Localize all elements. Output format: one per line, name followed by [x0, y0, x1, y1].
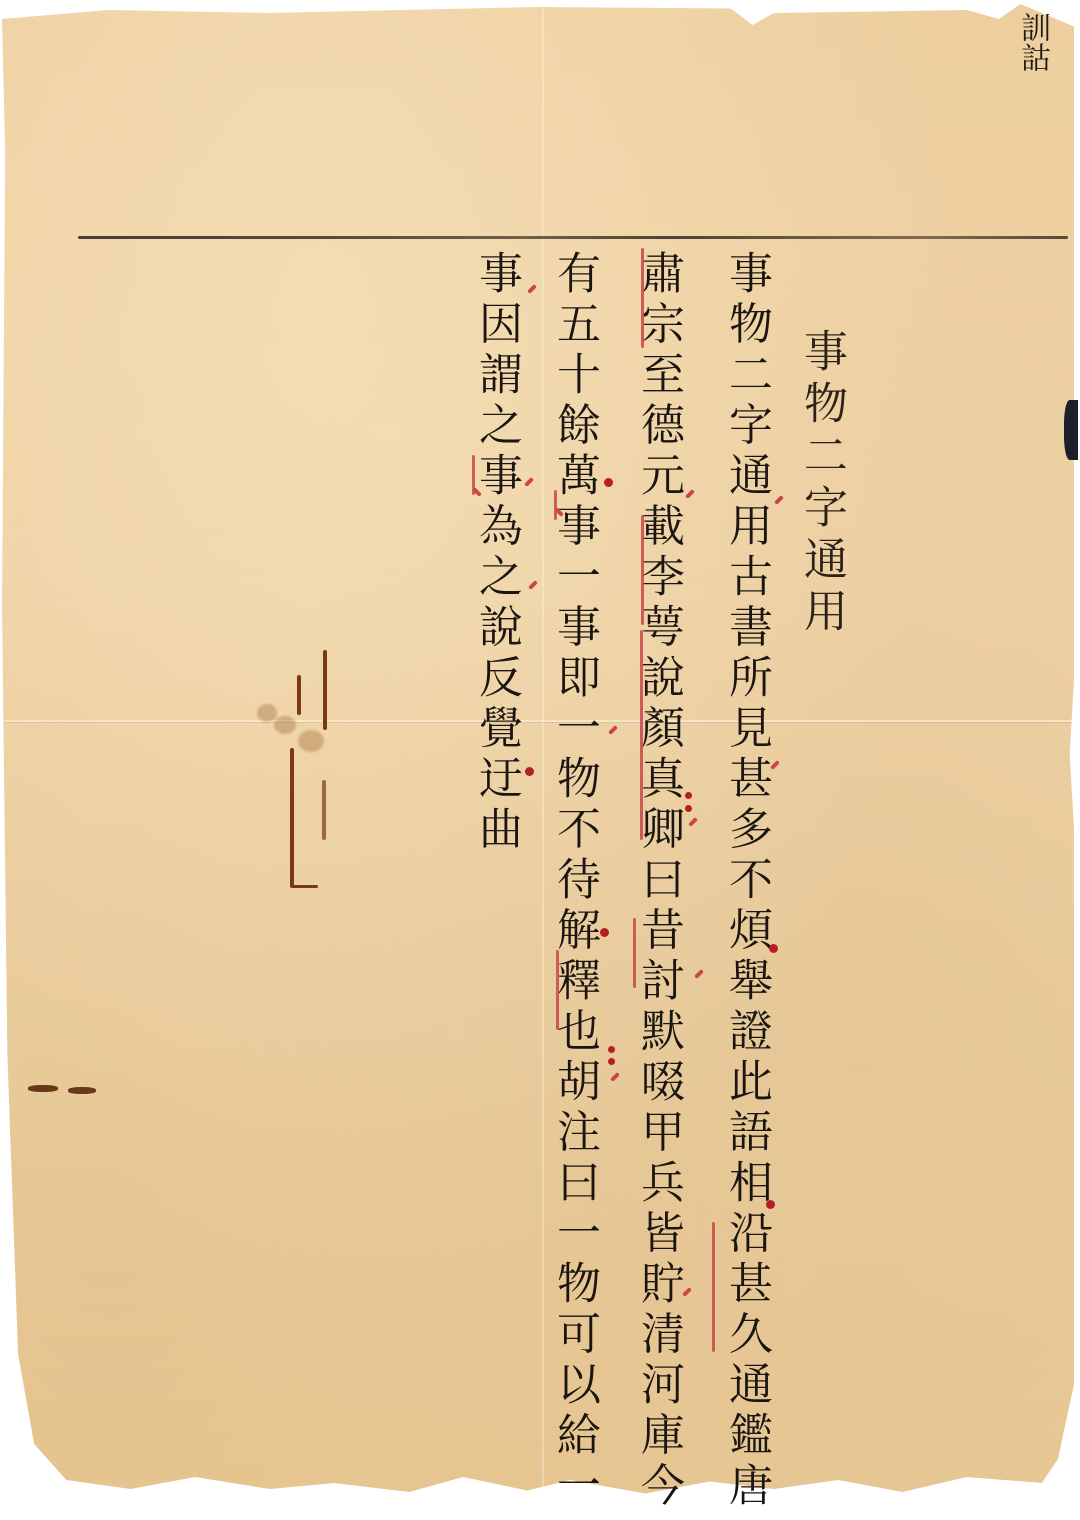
text-column-4: 事因謂之事為之說反覺迂曲 — [470, 250, 522, 856]
stain — [257, 704, 277, 722]
edge-damage — [1064, 400, 1078, 460]
brown-ink-mark — [292, 885, 318, 888]
corner-category-label: 訓詁 — [1012, 12, 1052, 72]
brown-ink-mark — [297, 675, 301, 715]
red-colon-dot — [608, 1058, 615, 1065]
text-column-1: 事物二字通用古書所見甚多不煩舉證此語相沿甚久通鑑唐 — [720, 250, 772, 1513]
red-punctuation-dot — [525, 767, 534, 776]
red-name-marker — [640, 630, 643, 840]
stain — [274, 716, 296, 734]
ink-smudge — [28, 1085, 58, 1092]
red-name-marker — [641, 248, 644, 348]
red-punctuation-dot — [600, 928, 609, 937]
brown-ink-mark — [322, 780, 326, 840]
stain — [298, 730, 324, 752]
red-name-marker — [556, 950, 559, 1030]
ink-smudge — [68, 1087, 96, 1094]
red-name-marker — [633, 918, 636, 988]
fold-crease-horizontal — [2, 720, 1074, 722]
brown-ink-mark — [290, 748, 294, 888]
page: 訓詁 事物二字通用 事物二字通用古書所見甚多不煩舉證此語相沿甚久通鑑唐 肅宗至德… — [0, 0, 1080, 1520]
red-name-marker — [641, 515, 644, 625]
red-punctuation-dot — [604, 478, 613, 487]
brown-ink-mark — [323, 650, 327, 730]
text-column-3: 有五十餘萬事一事即一物不待解釋也胡注曰一物可以給一 — [548, 250, 600, 1513]
page-title: 事物二字通用 — [795, 328, 847, 640]
red-punctuation-dot — [766, 1200, 775, 1209]
ruled-header-line — [78, 236, 1068, 239]
red-colon-dot — [685, 792, 692, 799]
fold-crease-vertical — [542, 4, 544, 1504]
red-punctuation-dot — [769, 944, 778, 953]
paper-sheet — [2, 4, 1074, 1504]
text-column-2: 肅宗至德元載李萼說顏真卿曰昔討默啜甲兵皆貯清河庫今 — [632, 250, 684, 1513]
red-name-marker — [554, 490, 557, 520]
red-colon-dot — [608, 1046, 615, 1053]
red-colon-dot — [685, 805, 692, 812]
red-name-marker — [712, 1222, 715, 1352]
